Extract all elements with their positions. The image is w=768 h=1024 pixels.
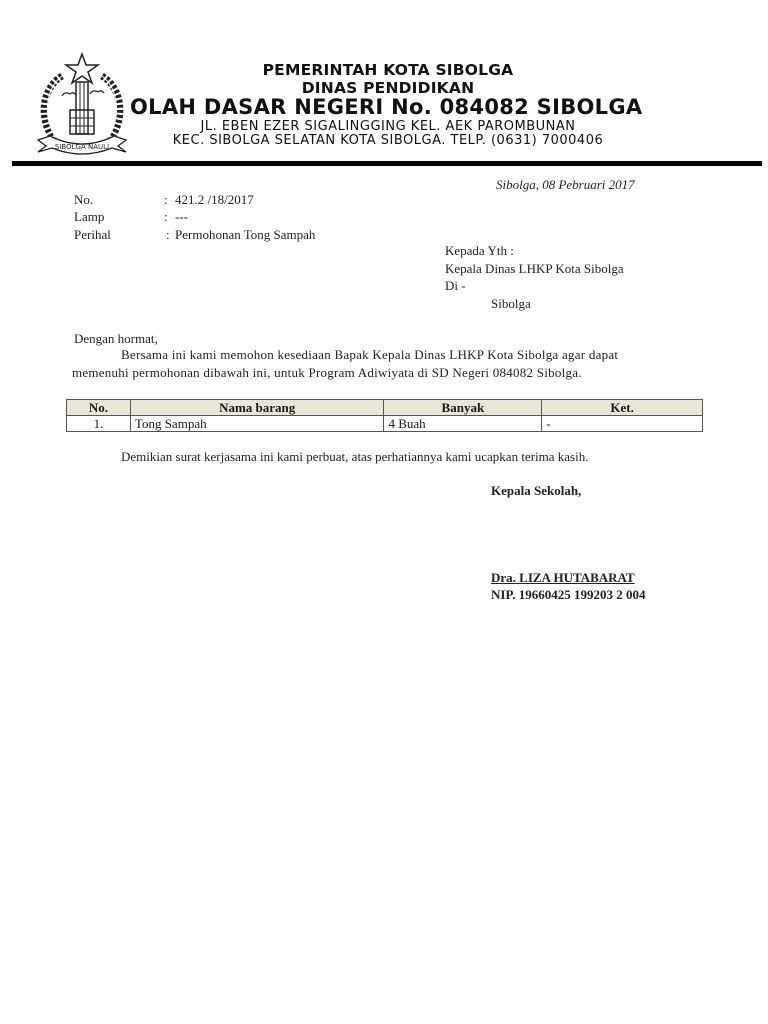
cell-quantity: 4 Buah xyxy=(384,416,542,432)
cell-no: 1. xyxy=(67,416,131,432)
letterhead-address: JL. EBEN EZER SIGALINGGING KEL. AEK PARO… xyxy=(4,119,768,134)
meta-value: Permohonan Tong Sampah xyxy=(175,227,315,243)
table-header-row: No. Nama barang Banyak Ket. xyxy=(67,400,703,416)
signatory-title: Kepala Sekolah, xyxy=(491,483,581,499)
meta-label: Perihal xyxy=(74,227,111,243)
meta-value: 421.2 /18/2017 xyxy=(175,192,254,208)
recipient-at: Di - xyxy=(445,278,466,294)
recipient-salutation: Kepada Yth : xyxy=(445,243,514,259)
body-paragraph-line: Bersama ini kami memohon kesediaan Bapak… xyxy=(121,347,618,363)
meta-separator: : xyxy=(166,227,170,243)
column-header-item-name: Nama barang xyxy=(130,400,384,416)
meta-value: --- xyxy=(175,209,188,225)
items-table: No. Nama barang Banyak Ket. 1. Tong Samp… xyxy=(66,399,703,432)
letterhead-government: PEMERINTAH KOTA SIBOLGA xyxy=(4,61,768,79)
recipient-name: Kepala Dinas LHKP Kota Sibolga xyxy=(445,261,624,277)
letterhead-school-name: OLAH DASAR NEGERI No. 084082 SIBOLGA xyxy=(130,95,642,119)
letterhead-divider xyxy=(12,161,762,166)
meta-separator: : xyxy=(164,192,168,208)
table-row: 1. Tong Sampah 4 Buah - xyxy=(67,416,703,432)
letterhead-contact: KEC. SIBOLGA SELATAN KOTA SIBOLGA. TELP.… xyxy=(4,133,768,148)
closing-sentence: Demikian surat kerjasama ini kami perbua… xyxy=(121,449,588,465)
signatory-nip: NIP. 19660425 199203 2 004 xyxy=(491,587,645,603)
meta-label: Lamp xyxy=(74,209,104,225)
meta-separator: : xyxy=(164,209,168,225)
body-paragraph-line: memenuhi permohonan dibawah ini, untuk P… xyxy=(72,365,582,381)
cell-remarks: - xyxy=(542,416,703,432)
recipient-city: Sibolga xyxy=(491,296,531,312)
column-header-remarks: Ket. xyxy=(542,400,703,416)
column-header-no: No. xyxy=(67,400,131,416)
cell-item-name: Tong Sampah xyxy=(130,416,384,432)
signatory-name: Dra. LIZA HUTABARAT xyxy=(491,570,635,586)
place-date: Sibolga, 08 Pebruari 2017 xyxy=(496,177,635,193)
greeting: Dengan hormat, xyxy=(74,331,158,347)
meta-label: No. xyxy=(74,192,93,208)
column-header-quantity: Banyak xyxy=(384,400,542,416)
